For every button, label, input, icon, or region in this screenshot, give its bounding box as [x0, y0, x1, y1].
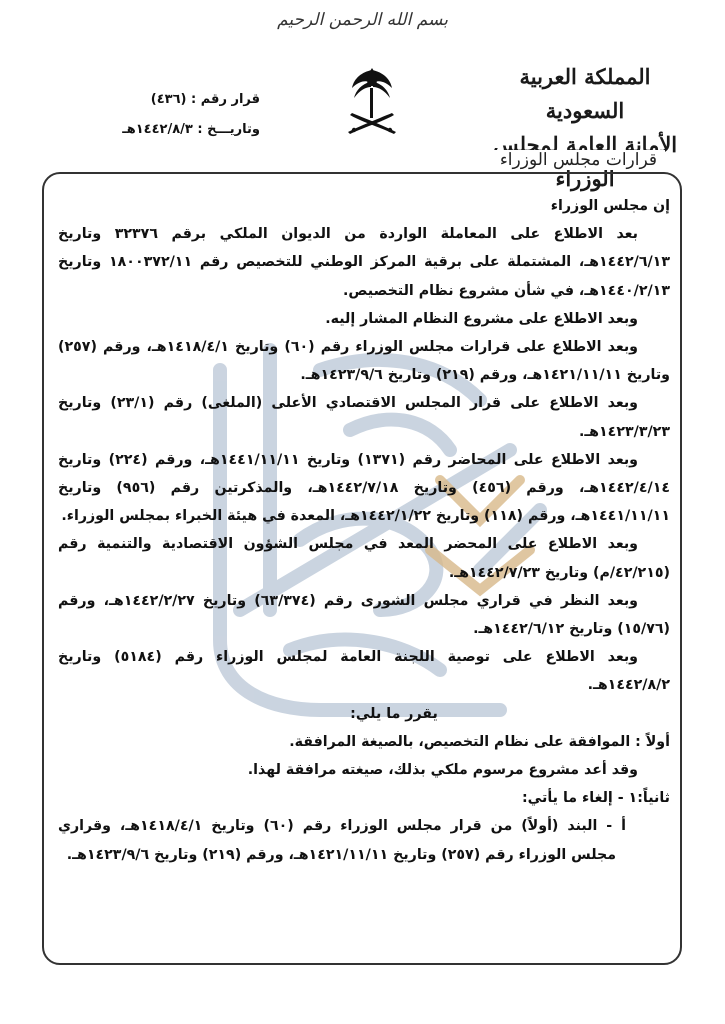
paragraph: وبعد الاطلاع على مشروع النظام المشار إلي…	[58, 305, 670, 333]
decision-number: قرار رقم : (٤٣٦)	[80, 85, 260, 115]
resolution-first-note: وقد أعد مشروع مرسوم ملكي بذلك، صيغته مرا…	[58, 756, 670, 784]
paragraph: بعد الاطلاع على المعاملة الواردة من الدي…	[58, 220, 670, 305]
basmala: بسم الله الرحمن الرحيم	[0, 10, 725, 30]
paragraph: وبعد النظر في قراري مجلس الشورى رقم (٦٣/…	[58, 587, 670, 643]
paragraph: وبعد الاطلاع على المحاضر رقم (١٣٧١) وتار…	[58, 446, 670, 531]
saudi-emblem-icon	[332, 60, 412, 140]
decision-body: إن مجلس الوزراء بعد الاطلاع على المعاملة…	[58, 192, 670, 869]
opening-line: إن مجلس الوزراء	[58, 192, 670, 220]
frame-title: قرارات مجلس الوزراء	[492, 150, 665, 170]
decision-date: وتاريـــخ : ١٤٤٢/٨/٣هـ	[80, 115, 260, 145]
paragraph: وبعد الاطلاع على توصية اللجنة العامة لمج…	[58, 643, 670, 699]
resolution-second-item-a: أ - البند (أولاً) من قرار مجلس الوزراء ر…	[58, 812, 670, 868]
resolution-second: ثانياً:١ - إلغاء ما يأتي:	[58, 784, 670, 812]
paragraph: وبعد الاطلاع على المحضر المعد في مجلس ال…	[58, 530, 670, 586]
paragraph: وبعد الاطلاع على قرارات مجلس الوزراء رقم…	[58, 333, 670, 389]
decision-meta: قرار رقم : (٤٣٦) وتاريـــخ : ١٤٤٢/٨/٣هـ	[80, 85, 260, 145]
resolution-first: أولاً : الموافقة على نظام التخصيص، بالصي…	[58, 728, 670, 756]
resolution-heading: يقرر ما يلي:	[58, 700, 670, 728]
kingdom-name: المملكة العربية السعودية	[485, 60, 685, 128]
paragraph: وبعد الاطلاع على قرار المجلس الاقتصادي ا…	[58, 389, 670, 445]
